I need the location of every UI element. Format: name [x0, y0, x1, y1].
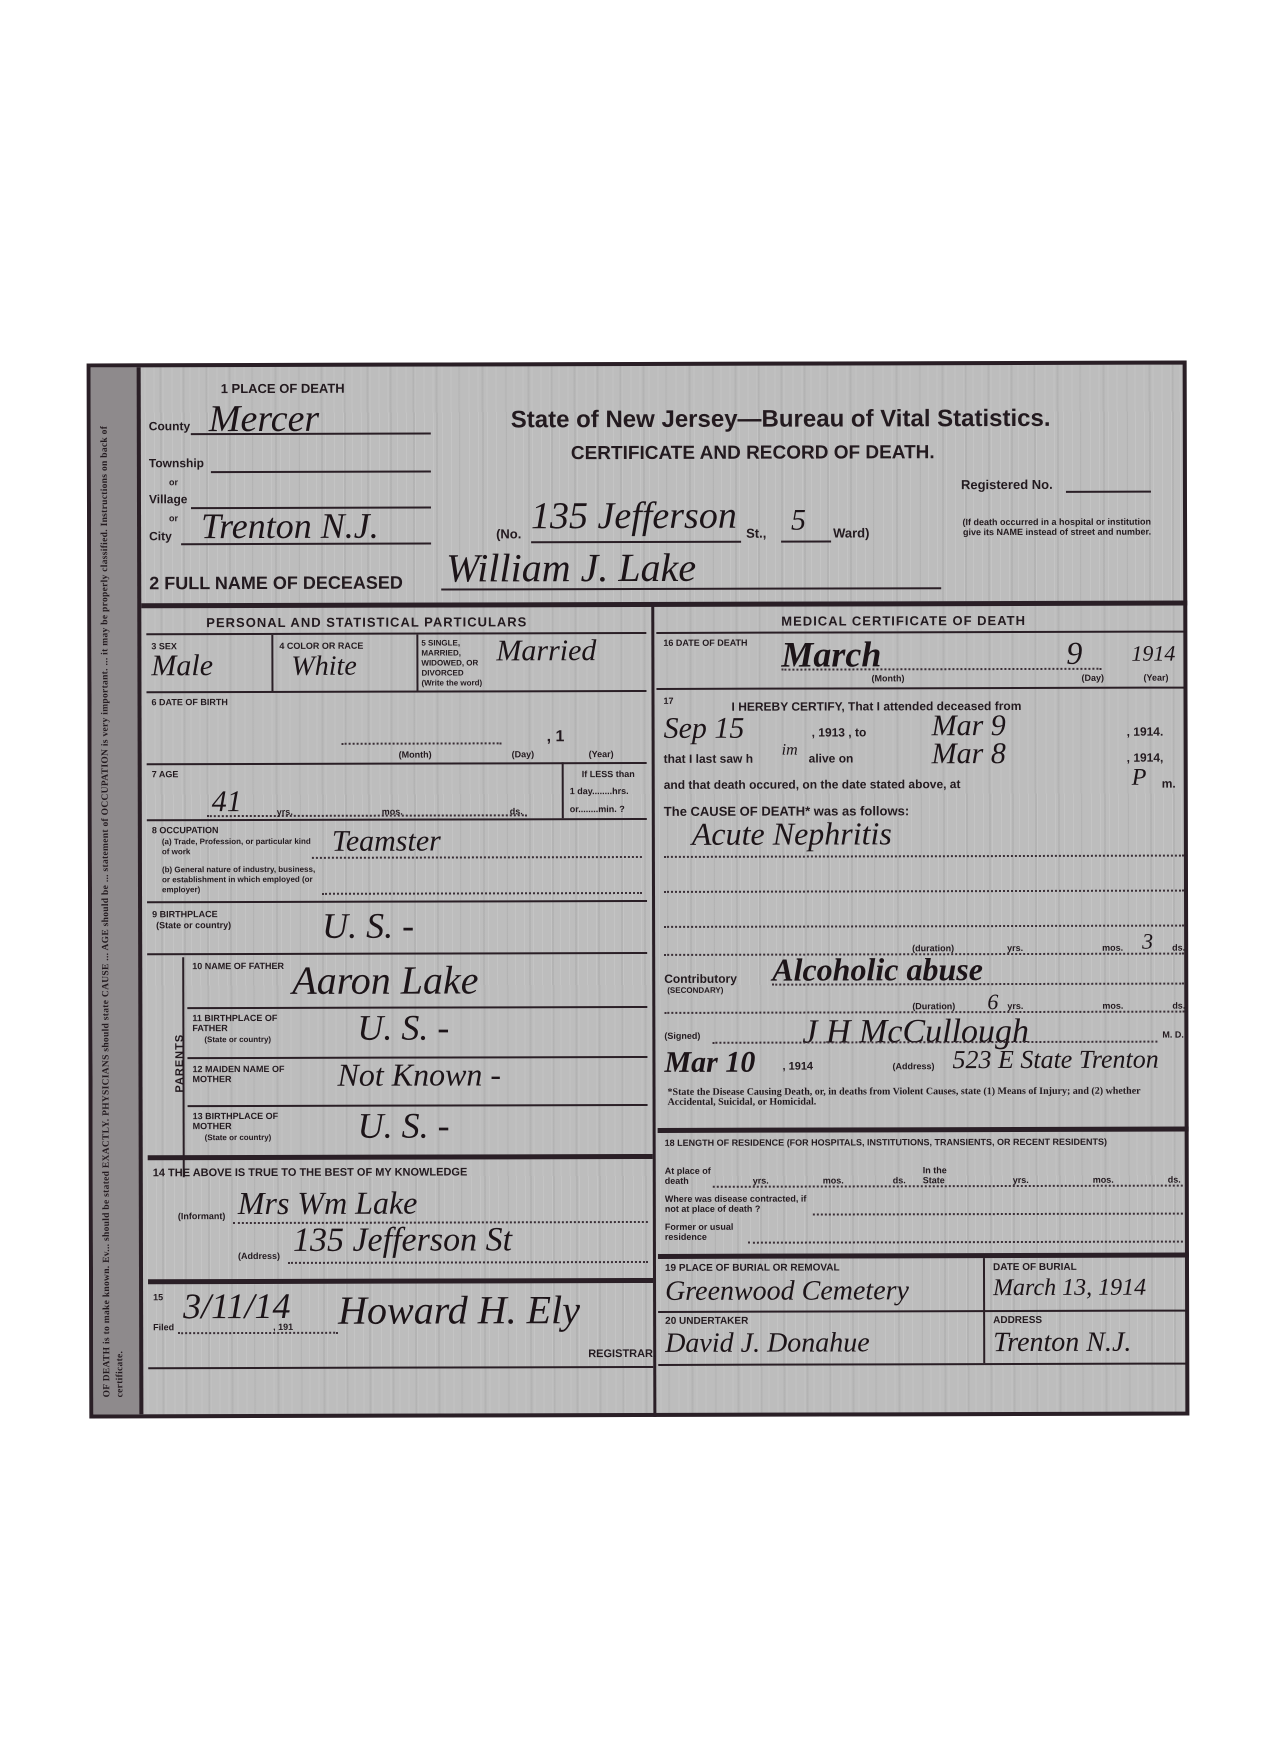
date-of-death-day: 9 — [1066, 635, 1082, 672]
contrib-duration-label: (Duration) — [912, 1001, 955, 1011]
filed-line — [178, 1332, 338, 1334]
mother-maiden-value: Not Known - — [337, 1056, 501, 1093]
residence-mos-label: mos. — [823, 1175, 844, 1185]
divider — [147, 762, 647, 765]
filed-value: 3/11/14 — [183, 1285, 290, 1327]
age-label: 7 AGE — [152, 769, 179, 779]
race-value: White — [291, 651, 356, 683]
field-number: 5 — [421, 639, 425, 648]
divider — [658, 1127, 1189, 1133]
burial-place-label: 19 PLACE OF BURIAL OR REMOVAL — [665, 1263, 840, 1273]
registered-no-label: Registered No. — [961, 477, 1053, 492]
last-saw-pronoun: im — [782, 742, 798, 760]
divider — [148, 1154, 653, 1160]
occupation-a-value: Teamster — [332, 825, 441, 859]
st-label: St., — [746, 526, 766, 541]
city-value: Trenton N.J. — [201, 505, 379, 547]
sex-value: Male — [151, 649, 213, 683]
attended-from-year: , 1913 , to — [812, 725, 867, 739]
burial-date-label: DATE OF BURIAL — [993, 1263, 1077, 1273]
undertaker-address-value: Trenton N.J. — [993, 1327, 1131, 1359]
certify-field-number: 17 — [663, 696, 673, 706]
father-birthplace-sub: (State or country) — [204, 1035, 271, 1045]
physician-address-label: (Address) — [892, 1061, 934, 1071]
medical-section-title: MEDICAL CERTIFICATE OF DEATH — [781, 613, 1026, 629]
duration-mos-label: mos. — [1102, 943, 1123, 953]
residence-ds-label: ds. — [893, 1175, 906, 1185]
filed-label: Filed — [153, 1322, 174, 1332]
street-no-label: (No. — [496, 526, 521, 541]
dob-month-caption: (Month) — [399, 750, 432, 760]
less-min-label: or........min. ? — [570, 804, 625, 814]
or-text: or — [169, 477, 178, 487]
place-of-death-label: 1 PLACE OF DEATH — [221, 381, 345, 396]
dob-day-caption: (Day) — [512, 749, 535, 759]
attended-from-value: Sep 15 — [664, 712, 745, 746]
informant-address-label: (Address) — [238, 1251, 280, 1261]
father-birthplace-value: U. S. - — [357, 1006, 449, 1048]
in-state-label: In the State — [923, 1165, 963, 1185]
residence-label: 18 LENGTH OF RESIDENCE (FOR HOSPITALS, I… — [665, 1137, 1180, 1148]
father-birthplace-label: 11 BIRTHPLACE OF FATHER — [192, 1013, 302, 1033]
physician-address-value: 523 E State Trenton — [952, 1045, 1158, 1076]
dob-label: 6 DATE OF BIRTH — [151, 697, 227, 707]
township-label: Township — [149, 456, 204, 470]
duration-ds-label: ds. — [1172, 943, 1185, 953]
signed-year: , 1914 — [782, 1062, 813, 1072]
undertaker-address-label: ADDRESS — [993, 1316, 1042, 1326]
at-place-label: At place of death — [665, 1166, 715, 1186]
occupation-a-label: (a) Trade, Profession, or particular kin… — [162, 837, 312, 857]
divider — [147, 900, 647, 903]
personal-section-title: PERSONAL AND STATISTICAL PARTICULARS — [206, 614, 527, 630]
age-value: 41 — [212, 785, 242, 819]
state-ds-label: ds. — [1168, 1175, 1181, 1185]
contributory-sub: (SECONDARY) — [667, 986, 723, 996]
cause-line-1 — [664, 855, 1184, 858]
mother-birthplace-label: 13 BIRTHPLACE OF MOTHER — [193, 1111, 303, 1131]
mother-birthplace-value: U. S. - — [358, 1104, 450, 1146]
dob-month-line — [342, 742, 502, 744]
contributory-label: Contributory — [664, 972, 737, 986]
cell-divider — [562, 762, 564, 818]
death-certificate: OF DEATH is to make known. Ev... should … — [87, 361, 1190, 1419]
filed-field-number: 15 — [153, 1292, 163, 1302]
father-name-value: Aaron Lake — [292, 956, 478, 1003]
cause-line-3 — [664, 925, 1184, 928]
marital-label: 5 SINGLE, MARRIED, WIDOWED, OR DIVORCED — [421, 638, 501, 678]
cause-value: Acute Nephritis — [692, 815, 892, 853]
ward-label: Ward) — [833, 525, 869, 540]
contrib-duration-mos-label: mos. — [1102, 1001, 1123, 1011]
county-value: Mercer — [209, 397, 320, 441]
former-residence-line — [748, 1241, 1183, 1244]
date-of-death-line — [781, 668, 1101, 671]
alive-on-label: alive on — [809, 751, 854, 765]
informant-statement: 14 THE ABOVE IS TRUE TO THE BEST OF MY K… — [153, 1166, 468, 1179]
occupation-label: 8 OCCUPATION — [152, 825, 219, 835]
cell-divider — [271, 635, 273, 691]
mother-maiden-label: 12 MAIDEN NAME OF MOTHER — [192, 1064, 302, 1084]
attended-to-year: , 1914. — [1127, 725, 1164, 739]
divider — [147, 952, 647, 955]
age-ds-label: ds. — [510, 806, 523, 816]
undertaker-value: David J. Donahue — [665, 1327, 870, 1360]
duration-yrs-label: yrs. — [1007, 943, 1023, 953]
informant-address-line — [288, 1261, 648, 1264]
contrib-duration-yrs-value: 6 — [987, 989, 998, 1015]
mother-birthplace-sub: (State or country) — [205, 1133, 272, 1143]
township-line — [211, 471, 431, 474]
or-text: or — [169, 513, 178, 523]
contracted-label: Where was disease contracted, if not at … — [665, 1194, 815, 1214]
last-saw-year: , 1914, — [1127, 751, 1164, 765]
registrar-label: REGISTRAR. — [588, 1348, 656, 1360]
last-saw-label: that I last saw h — [664, 752, 753, 766]
death-time-suffix: m. — [1162, 777, 1176, 791]
divider — [658, 1363, 1186, 1366]
divider — [658, 1253, 1189, 1259]
month-caption: (Month) — [871, 673, 904, 683]
dob-year-caption: (Year) — [589, 749, 614, 759]
county-label: County — [149, 419, 190, 433]
contrib-duration-ds-label: ds. — [1172, 1001, 1185, 1011]
marital-label-text: SINGLE, MARRIED, WIDOWED, OR DIVORCED — [421, 638, 478, 677]
signed-date: Mar 10 — [664, 1046, 755, 1080]
occupation-b-line — [322, 892, 642, 895]
day-caption: (Day) — [1081, 673, 1104, 683]
ward-line — [781, 540, 831, 542]
marital-hint: (Write the word) — [421, 678, 482, 688]
burial-place-value: Greenwood Cemetery — [665, 1275, 909, 1308]
age-yrs-label: yrs. — [277, 807, 293, 817]
year-caption: (Year) — [1143, 673, 1168, 683]
dob-year-prefix: , 1 — [547, 728, 565, 746]
village-label: Village — [149, 492, 188, 506]
street-line — [531, 541, 741, 544]
signed-label: (Signed) — [664, 1031, 700, 1041]
birthplace-label: 9 BIRTHPLACE — [152, 909, 218, 919]
ward-value: 5 — [791, 504, 806, 538]
last-saw-value: Mar 8 — [932, 737, 1006, 771]
date-of-death-year: 1914 — [1131, 641, 1175, 667]
divider — [656, 687, 1184, 690]
cell-divider — [416, 635, 418, 691]
divider — [148, 1366, 653, 1369]
marital-value: Married — [496, 634, 596, 668]
street-value: 135 Jefferson — [531, 494, 737, 539]
cause-line-2 — [664, 890, 1184, 893]
divider — [141, 601, 1187, 609]
divider — [146, 690, 646, 693]
death-time-value: P — [1132, 765, 1147, 792]
father-name-label: 10 NAME OF FATHER — [192, 961, 292, 971]
md-label: M. D. — [1162, 1030, 1184, 1040]
race-label: 4 COLOR OR RACE — [279, 641, 363, 651]
age-mos-label: mos. — [382, 807, 403, 817]
margin-instructions: OF DEATH is to make known. Ev... should … — [91, 367, 144, 1414]
death-time-text: and that death occured, on the date stat… — [664, 777, 961, 792]
former-residence-label: Former or usual residence — [665, 1222, 745, 1242]
residence-yrs-label: yrs. — [753, 1176, 769, 1186]
state-mos-label: mos. — [1093, 1175, 1114, 1185]
birthplace-sub: (State or country) — [156, 920, 231, 930]
divider — [658, 1310, 1186, 1313]
undertaker-label: 20 UNDERTAKER — [665, 1317, 748, 1327]
state-yrs-label: yrs. — [1013, 1175, 1029, 1185]
contracted-line — [813, 1213, 1183, 1216]
registrar-signature: Howard H. Ely — [338, 1286, 580, 1334]
less-than-label: If LESS than — [582, 769, 635, 779]
registered-no-line — [1066, 491, 1151, 493]
deceased-name-label: 2 FULL NAME OF DECEASED — [149, 573, 403, 595]
divider — [148, 1278, 653, 1284]
divider — [147, 818, 647, 821]
date-of-death-label: 16 DATE OF DEATH — [663, 638, 747, 648]
column-divider — [651, 602, 656, 1417]
deceased-name-value: William J. Lake — [446, 544, 696, 592]
document-title: State of New Jersey—Bureau of Vital Stat… — [511, 405, 1051, 434]
birthplace-value: U. S. - — [322, 905, 414, 947]
less-day-label: 1 day........hrs. — [570, 786, 629, 796]
informant-value: Mrs Wm Lake — [238, 1185, 418, 1222]
cause-footnote: *State the Disease Causing Death, or, in… — [668, 1087, 1183, 1108]
document-subtitle: CERTIFICATE AND RECORD OF DEATH. — [571, 442, 935, 465]
margin-instructions-text: OF DEATH is to make known. Ev... should … — [99, 377, 128, 1397]
informant-address-value: 135 Jefferson St — [293, 1221, 512, 1260]
age-line — [207, 814, 527, 817]
parents-side-label: PARENTS — [174, 1034, 186, 1093]
divider — [656, 631, 1184, 634]
informant-label: (Informant) — [178, 1211, 226, 1221]
burial-date-value: March 13, 1914 — [993, 1275, 1146, 1302]
hospital-note: (If death occurred in a hospital or inst… — [961, 517, 1151, 537]
city-label: City — [149, 529, 172, 543]
duration-ds-value: 3 — [1142, 929, 1153, 955]
contrib-duration-yrs-label: yrs. — [1007, 1001, 1023, 1011]
occupation-b-label: (b) General nature of industry, business… — [162, 865, 322, 895]
filed-year-label: , 191 — [273, 1322, 293, 1332]
